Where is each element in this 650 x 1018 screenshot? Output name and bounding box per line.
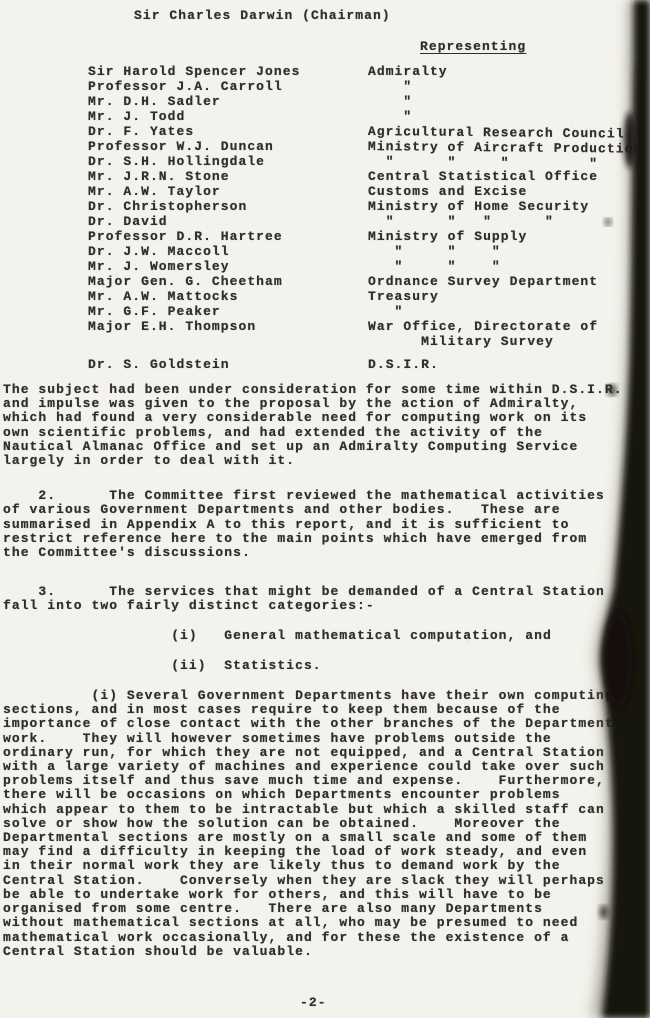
roster-row: Dr. J.W. Maccoll " " " [88,244,648,259]
member-representing: " " " " [368,154,598,171]
member-name: Mr. A.W. Taylor [88,184,368,199]
roster-row: Mr. A.W. TaylorCustoms and Excise [88,184,648,199]
roster-row: Mr. G.F. Peaker " [88,304,648,319]
member-representing: War Office, Directorate of Military Surv… [368,319,598,349]
member-name: Professor J.A. Carroll [88,79,368,94]
member-representing: " [368,109,412,124]
member-representing: Ordnance Survey Department [368,274,598,289]
document-body: The subject had been under consideration… [3,383,648,959]
member-representing: " [368,304,403,319]
member-representing: " " " [368,259,501,274]
member-name: Professor W.J. Duncan [88,139,368,154]
roster-row: Dr. S. GoldsteinD.S.I.R. [88,357,648,372]
member-representing: Treasury [368,289,439,304]
member-representing: " [368,79,412,94]
roster-row: Professor J.A. Carroll " [88,79,648,94]
roster-row: Dr. S.H. Hollingdale " " " " [88,154,648,169]
roster-row: Professor W.J. DuncanMinistry of Aircraf… [88,139,648,154]
member-name: Dr. F. Yates [88,124,368,139]
roster-row: Dr. F. YatesAgricultural Research Counci… [88,124,648,139]
document-page: Sir Charles Darwin (Chairman) Representi… [0,0,650,1018]
member-representing: Admiralty [368,64,448,79]
member-name: Dr. S. Goldstein [88,357,368,372]
member-name: Professor D.R. Hartree [88,229,368,244]
member-representing: D.S.I.R. [368,357,439,372]
roster-row: Major Gen. G. CheethamOrdnance Survey De… [88,274,648,289]
roster-row: Professor D.R. HartreeMinistry of Supply [88,229,648,244]
roster-row: Mr. J. Womersley " " " [88,259,648,274]
body-paragraph-i-detail: (i) Several Government Departments have … [3,689,648,959]
roster-row: Major E.H. ThompsonWar Office, Directora… [88,319,648,349]
page-number: -2- [300,995,327,1010]
roster-row: Sir Harold Spencer JonesAdmiralty [88,64,648,79]
body-paragraph-2: 2. The Committee first reviewed the math… [3,489,648,560]
member-name: Dr. J.W. Maccoll [88,244,368,259]
member-representing: Customs and Excise [368,184,527,199]
list-item-ii: (ii) Statistics. [3,659,648,673]
list-item-i: (i) General mathematical computation, an… [3,629,648,643]
member-name: Dr. Christopherson [88,199,368,214]
member-representing: Central Statistical Office [368,169,598,184]
roster-row: Mr. A.W. MattocksTreasury [88,289,648,304]
member-representing: " [368,94,412,109]
member-name: Mr. A.W. Mattocks [88,289,368,304]
member-name: Dr. David [88,214,368,229]
body-paragraph-intro: The subject had been under consideration… [3,383,648,468]
member-name: Major Gen. G. Cheetham [88,274,368,289]
member-name: Sir Harold Spencer Jones [88,64,368,79]
committee-roster: Sir Harold Spencer JonesAdmiralty Profes… [88,64,648,372]
representing-header: Representing [420,39,526,54]
member-name: Mr. J.R.N. Stone [88,169,368,184]
member-name: Mr. J. Womersley [88,259,368,274]
roster-row: Mr. J. Todd " [88,109,648,124]
member-name: Mr. G.F. Peaker [88,304,368,319]
member-name: Mr. J. Todd [88,109,368,124]
member-name: Major E.H. Thompson [88,319,368,334]
member-name: Dr. S.H. Hollingdale [88,154,368,169]
roster-row: Dr. David " " " " [88,214,648,229]
roster-row: Mr. D.H. Sadler " [88,94,648,109]
member-representing: " " " [368,244,501,259]
member-name: Mr. D.H. Sadler [88,94,368,109]
member-representing: Ministry of Home Security [368,199,589,214]
member-representing: Ministry of Supply [368,229,527,244]
roster-row: Mr. J.R.N. StoneCentral Statistical Offi… [88,169,648,184]
chairman-line: Sir Charles Darwin (Chairman) [134,8,391,23]
roster-row: Dr. ChristophersonMinistry of Home Secur… [88,199,648,214]
body-paragraph-3: 3. The services that might be demanded o… [3,585,648,613]
member-representing: " " " " [368,214,554,229]
